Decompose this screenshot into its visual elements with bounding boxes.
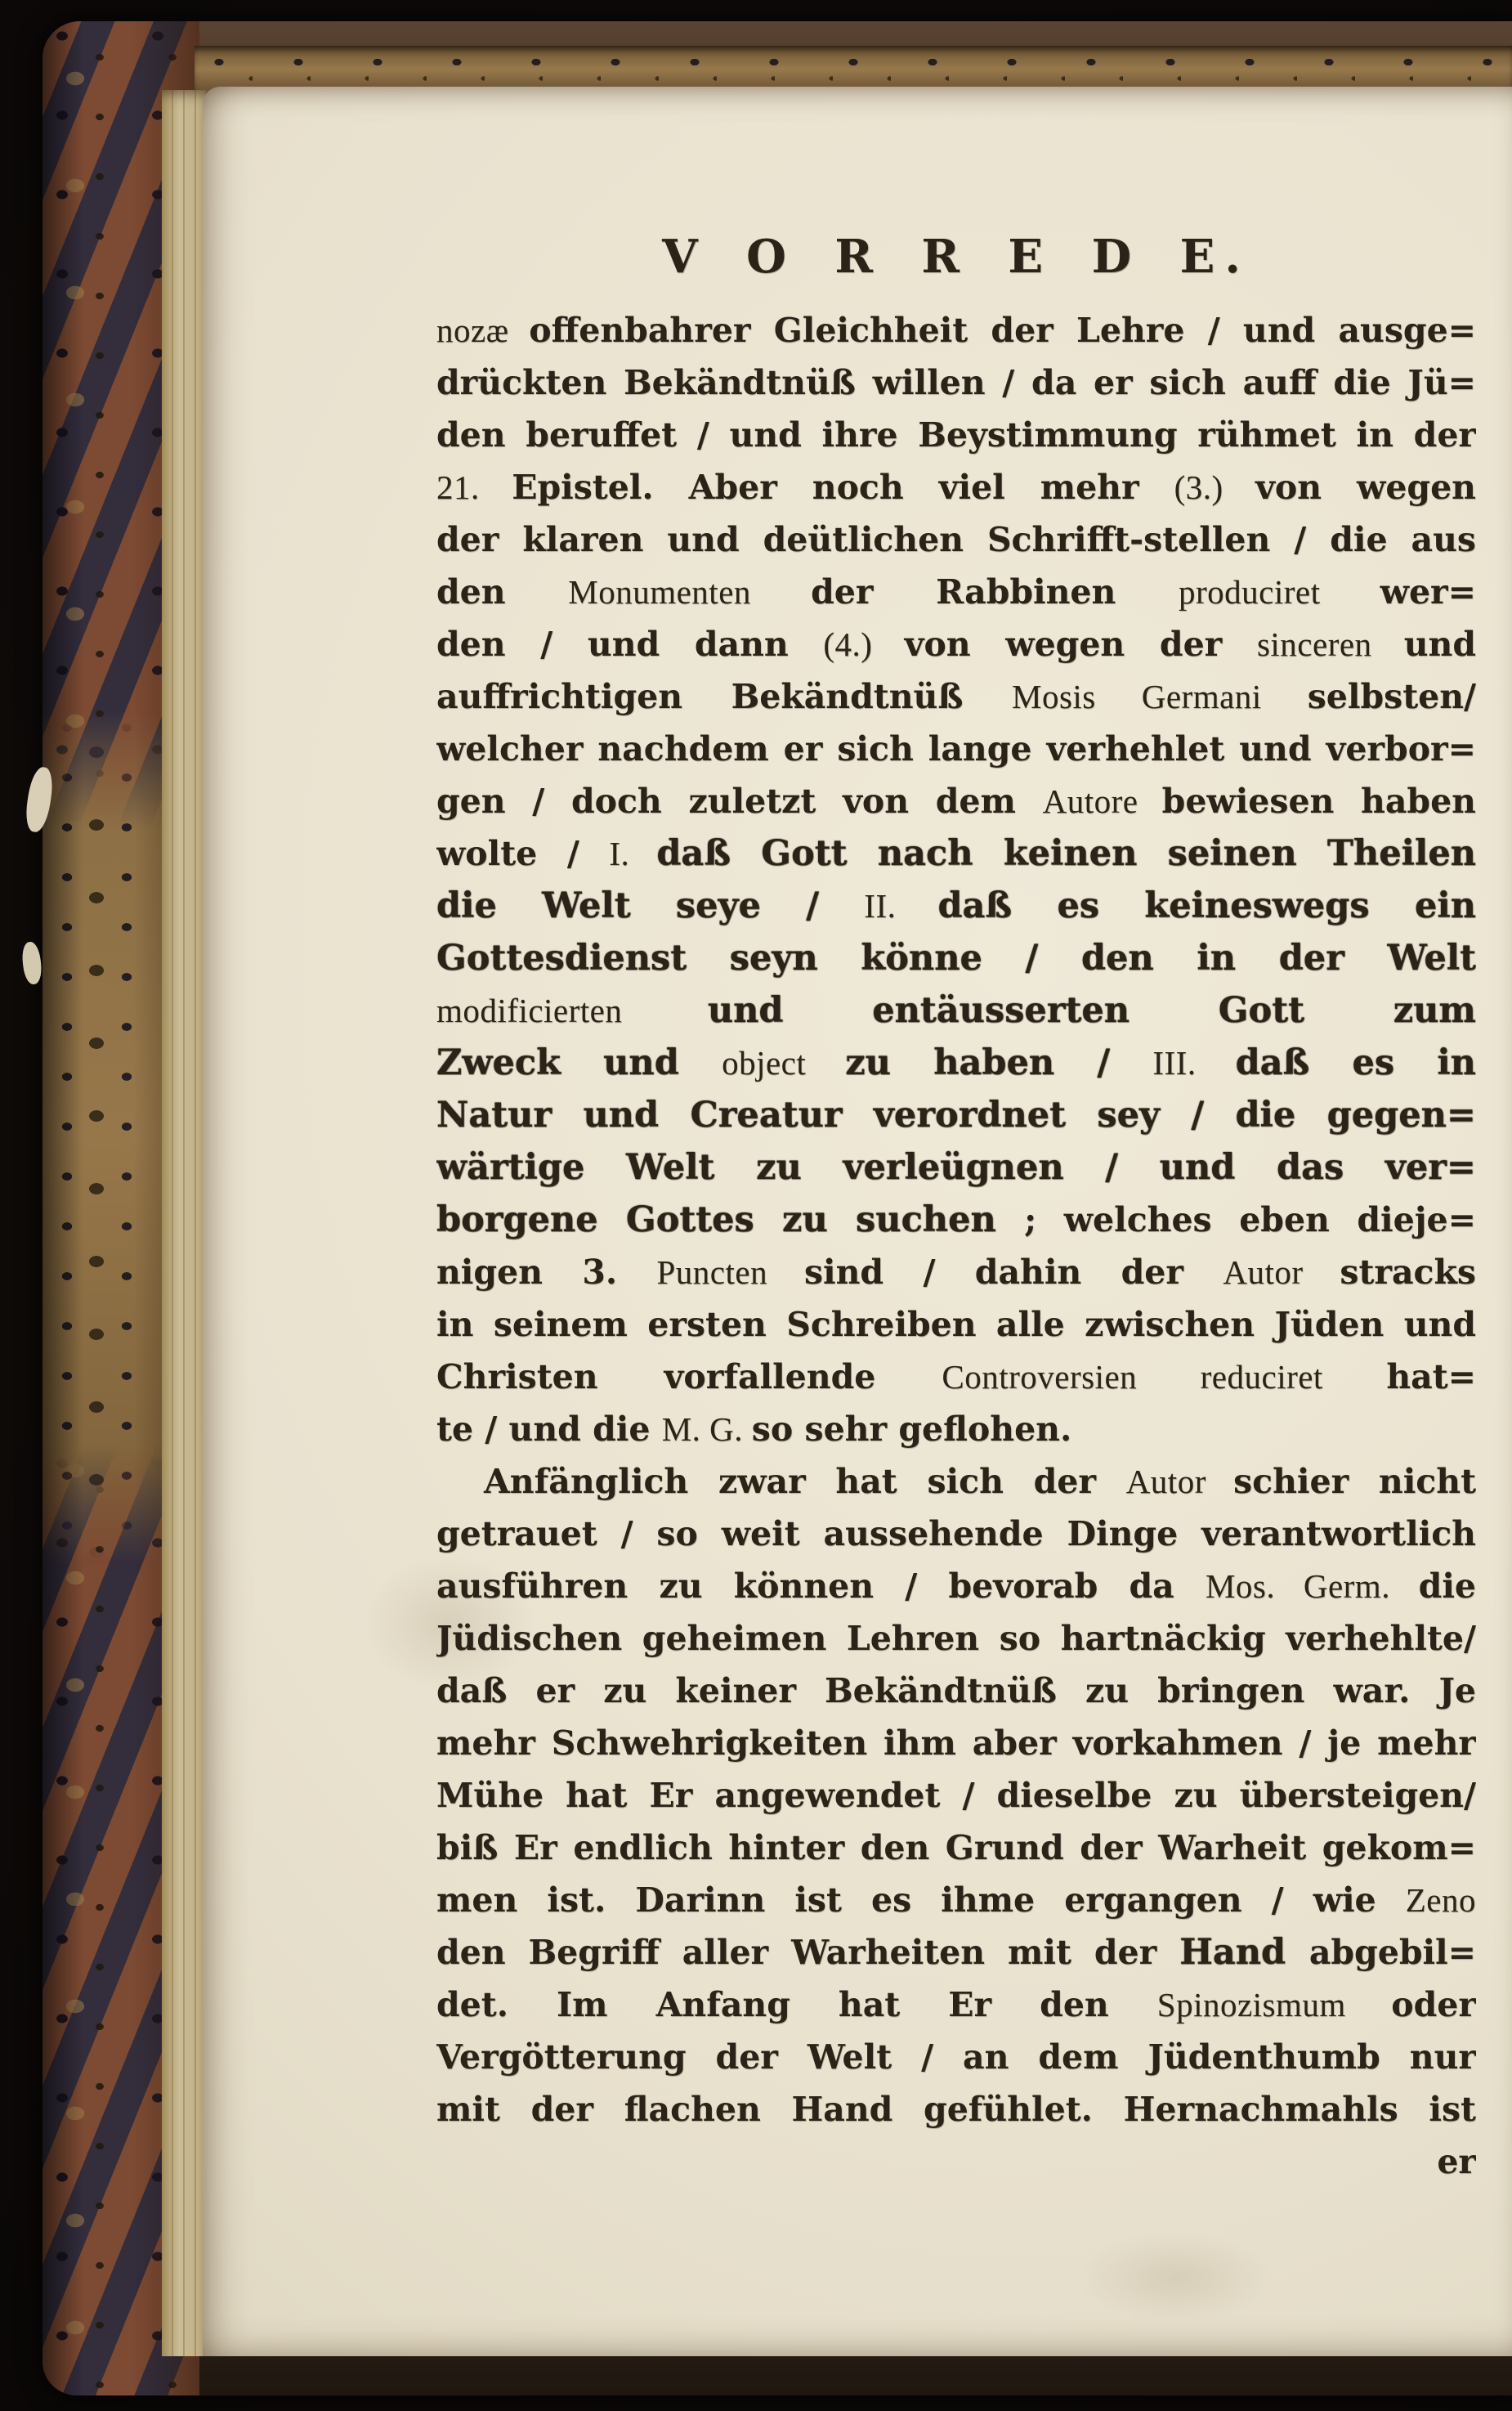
text-line: getrauet / so weit aussehende Dinge vera… [436,1508,1476,1560]
text-line: den Monumenten der Rabbinen produciret w… [436,566,1476,618]
text-line: den / und dann (4.) von wegen der sincer… [436,618,1476,670]
text-line: den Begriff aller Warheiten mit der Hand… [436,1926,1476,1979]
text-line: borgene Gottes zu suchen ; welches eben … [436,1194,1476,1246]
text-line: nigen 3. Puncten sind / dahin der Autor … [436,1246,1476,1298]
text-line: ausführen zu können / bevorab da Mos. Ge… [436,1560,1476,1612]
text-line: der klaren und deütlichen Schrifft-stell… [436,513,1476,566]
text-line: die Welt seye / II. daß es keineswegs ei… [436,880,1476,932]
book-page: V O R R E D E. nozæ offenbahrer Gleichhe… [203,87,1512,2356]
text-line: men ist. Darinn ist es ihme ergangen / w… [436,1874,1476,1926]
text-line: biß Er endlich hinter den Grund der Warh… [436,1822,1476,1874]
text-line: gen / doch zuletzt von dem Autore bewies… [436,775,1476,827]
text-line: Gottesdienst seyn könne / den in der Wel… [436,932,1476,984]
text-line: den beruffet / und ihre Beystimmung rühm… [436,409,1476,461]
text-line: te / und die M. G. so sehr geflohen. [436,1403,1476,1455]
catchword: er [436,2135,1476,2188]
text-line: nozæ offenbahrer Gleichheit der Lehre / … [436,304,1476,356]
text-line: auffrichtigen Bekändtnüß Mosis Germani s… [436,670,1476,723]
paper-stain [1036,2212,1314,2343]
text-line: det. Im Anfang hat Er den Spinozismum od… [436,1979,1476,2031]
text-line: wolte / I. daß Gott nach keinen seinen T… [436,827,1476,880]
text-lines: nozæ offenbahrer Gleichheit der Lehre / … [436,304,1476,2188]
text-line: Christen vorfallende Controversien reduc… [436,1351,1476,1403]
text-line: drückten Bekändtnüß willen / da er sich … [436,356,1476,409]
text-line: mehr Schwehrigkeiten ihm aber vorkahmen … [436,1717,1476,1769]
text-line: wärtige Welt zu verleügnen / und das ver… [436,1141,1476,1194]
torn-paper-chip [20,941,42,985]
page-heading: V O R R E D E. [436,226,1476,304]
text-line: Vergötterung der Welt / an dem Jüdenthum… [436,2031,1476,2083]
text-line: Anfänglich zwar hat sich der Autor schie… [436,1455,1476,1508]
text-line: 21. Epistel. Aber noch viel mehr (3.) vo… [436,461,1476,513]
text-block: V O R R E D E. nozæ offenbahrer Gleichhe… [436,226,1476,2188]
text-line: in seinem ersten Schreiben alle zwischen… [436,1298,1476,1351]
text-line: Mühe hat Er angewendet / dieselbe zu übe… [436,1769,1476,1822]
text-line: daß er zu keiner Bekändtnüß zu bringen w… [436,1665,1476,1717]
text-line: Zweck und object zu haben / III. daß es … [436,1037,1476,1089]
text-line: Natur und Creatur verordnet sey / die ge… [436,1089,1476,1141]
text-line: welcher nachdem er sich lange verhehlet … [436,723,1476,775]
text-line: mit der flachen Hand gefühlet. Hernachma… [436,2083,1476,2135]
text-line: modificierten und entäusserten Gott zum [436,984,1476,1037]
text-line: Jüdischen geheimen Lehren so hartnäckig … [436,1612,1476,1665]
